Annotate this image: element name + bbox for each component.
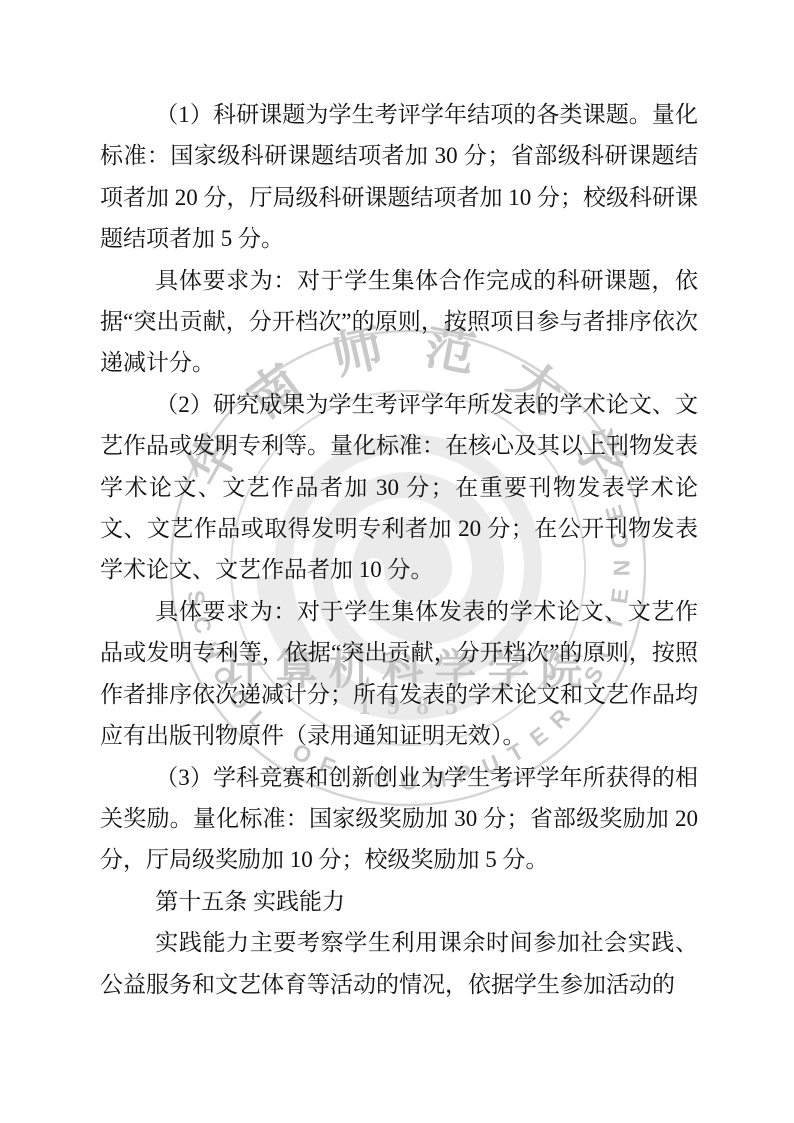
document-body: （1）科研课题为学生考评学年结项的各类课题。量化标准：国家级科研课题结项者加 3… (100, 94, 698, 1005)
paragraph: （3）学科竞赛和创新创业为学生考评学年所获得的相关奖励。量化标准：国家级奖励加 … (100, 757, 698, 881)
paragraph: 第十五条 实践能力 (100, 881, 698, 922)
paragraph: 具体要求为：对于学生集体发表的学术论文、文艺作品或发明专利等，依据“突出贡献，分… (100, 591, 698, 757)
paragraph: 实践能力主要考察学生利用课余时间参加社会实践、公益服务和文艺体育等活动的情况，依… (100, 922, 698, 1005)
paragraph: 具体要求为：对于学生集体合作完成的科研课题，依据“突出贡献，分开档次”的原则，按… (100, 260, 698, 384)
paragraph: （1）科研课题为学生考评学年结项的各类课题。量化标准：国家级科研课题结项者加 3… (100, 94, 698, 260)
paragraph: （2）研究成果为学生考评学年所发表的学术论文、文艺作品或发明专利等。量化标准：在… (100, 384, 698, 591)
document-page: 华南师范大学 SCHOOL OF COMPUTER SCIENCE 计算机科学学… (0, 0, 794, 1123)
